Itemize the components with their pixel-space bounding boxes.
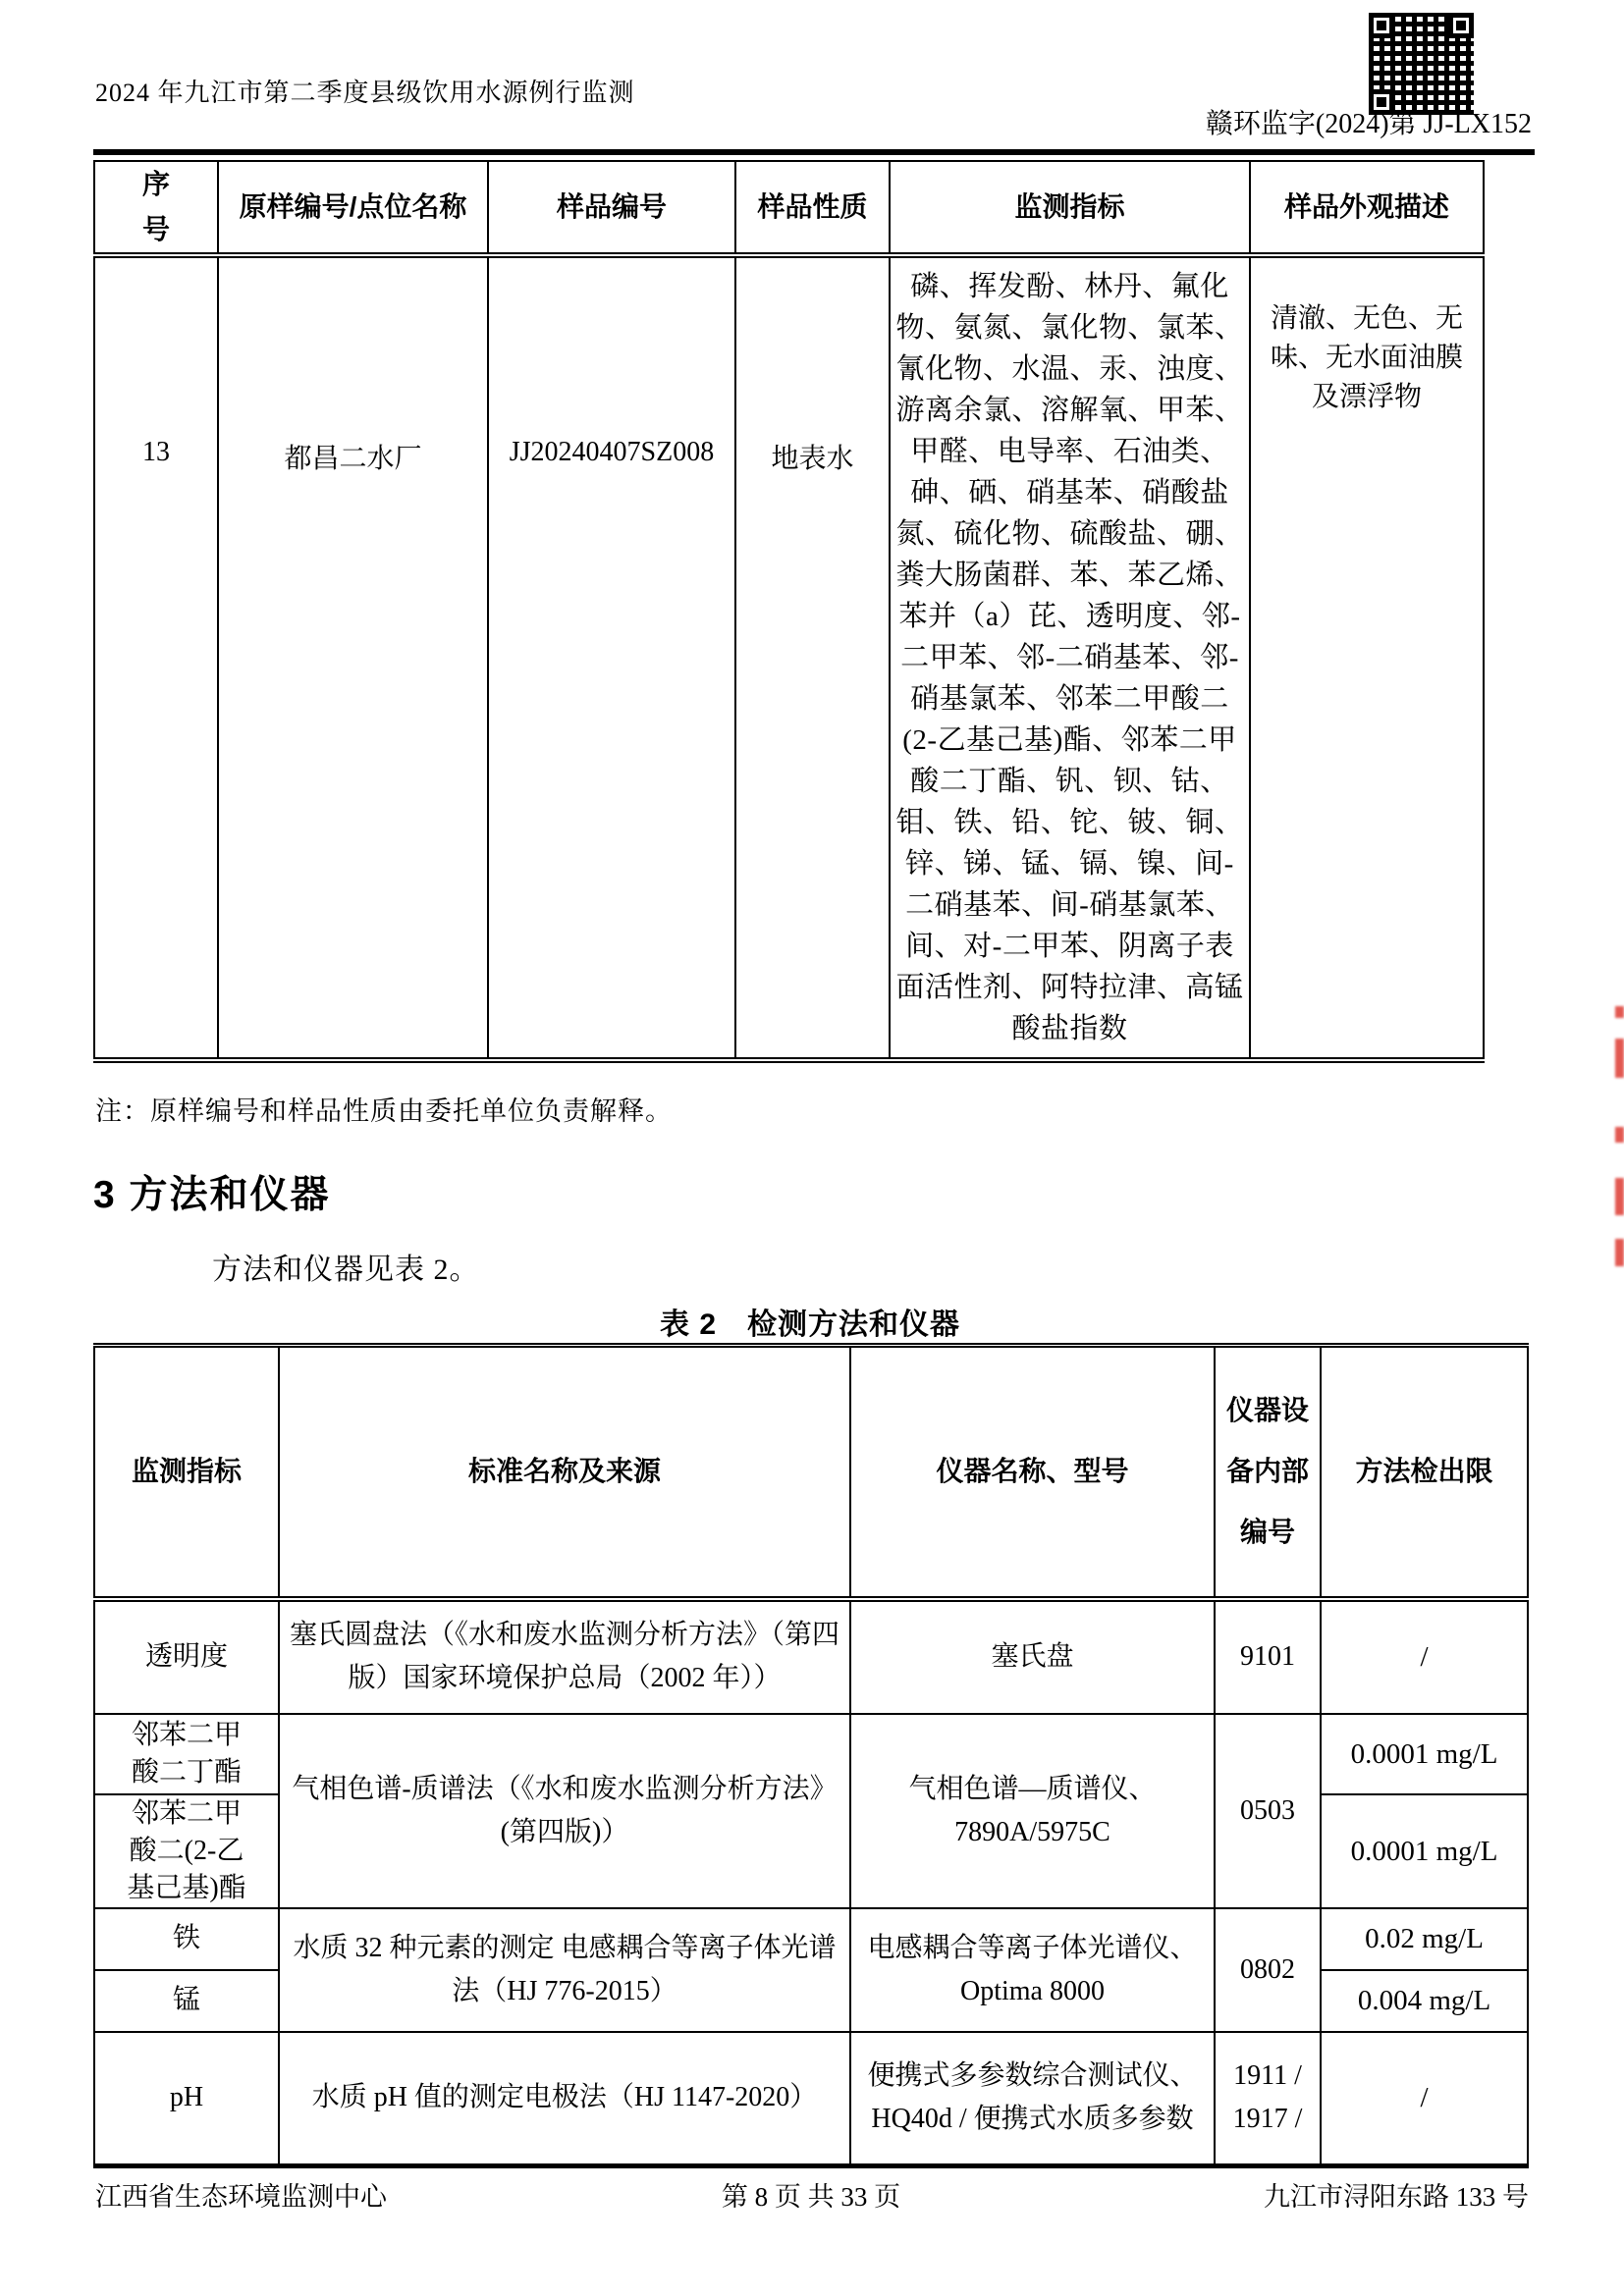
- col-header-standard: 标准名称及来源: [279, 1346, 850, 1599]
- qr-finder-icon: [1369, 89, 1394, 115]
- qr-code: [1369, 13, 1474, 115]
- col-header-appearance: 样品外观描述: [1250, 161, 1484, 255]
- methods-row-iron: 铁 水质 32 种元素的测定 电感耦合等离子体光谱法（HJ 776-2015） …: [94, 1908, 1528, 1970]
- section-intro-paragraph: 方法和仪器见表 2。: [212, 1245, 480, 1288]
- cell-indicators: 磷、挥发酚、林丹、氟化物、氨氮、氯化物、氯苯、氰化物、水温、汞、浊度、游离余氯、…: [890, 255, 1250, 1060]
- cell-detection-limit: 0.0001 mg/L: [1321, 1714, 1528, 1794]
- col-header-device-id: 仪器设备内部编号: [1215, 1346, 1321, 1599]
- methods-table: 监测指标 标准名称及来源 仪器名称、型号 仪器设备内部编号 方法检出限 透明度 …: [93, 1343, 1529, 2168]
- cell-detection-limit: /: [1321, 2032, 1528, 2166]
- cell-instrument: 气相色谱—质谱仪、7890A/5975C: [850, 1714, 1215, 1908]
- cell-seq: 13: [94, 255, 218, 1060]
- red-edge-mark: [1615, 1178, 1624, 1215]
- cell-indicator: 邻苯二甲酸二(2-乙基己基)酯: [94, 1794, 279, 1908]
- col-header-indicator: 监测指标: [94, 1346, 279, 1599]
- cell-standard: 水质 32 种元素的测定 电感耦合等离子体光谱法（HJ 776-2015）: [279, 1908, 850, 2032]
- cell-instrument: 塞氏盘: [850, 1599, 1215, 1714]
- red-edge-mark: [1615, 1039, 1624, 1078]
- cell-sample-id: JJ20240407SZ008: [488, 255, 735, 1060]
- col-header-instrument: 仪器名称、型号: [850, 1346, 1215, 1599]
- cell-indicator: 透明度: [94, 1599, 279, 1714]
- sample-table: 序号 原样编号/点位名称 样品编号 样品性质 监测指标 样品外观描述 13 都昌…: [93, 160, 1485, 1063]
- table-note: 注：原样编号和样品性质由委托单位负责解释。: [95, 1090, 673, 1128]
- col-header-detection-limit: 方法检出限: [1321, 1346, 1528, 1599]
- cell-detection-limit: 0.02 mg/L: [1321, 1908, 1528, 1970]
- cell-detection-limit: 0.0001 mg/L: [1321, 1794, 1528, 1908]
- cell-instrument: 电感耦合等离子体光谱仪、Optima 8000: [850, 1908, 1215, 2032]
- cell-standard: 水质 pH 值的测定电极法（HJ 1147-2020）: [279, 2032, 850, 2166]
- methods-row-transparency: 透明度 塞氏圆盘法（《水和废水监测分析方法》（第四版）国家环境保护总局（2002…: [94, 1599, 1528, 1714]
- methods-row-ph: pH 水质 pH 值的测定电极法（HJ 1147-2020） 便携式多参数综合测…: [94, 2032, 1528, 2166]
- cell-standard: 塞氏圆盘法（《水和废水监测分析方法》（第四版）国家环境保护总局（2002 年））: [279, 1599, 850, 1714]
- cell-device-id: 0503: [1215, 1714, 1321, 1908]
- cell-device-id: 0802: [1215, 1908, 1321, 2032]
- header-divider-rule: [93, 149, 1535, 155]
- cell-indicator: 铁: [94, 1908, 279, 1970]
- methods-table-caption: 表 2 检测方法和仪器: [93, 1300, 1527, 1343]
- cell-instrument: 便携式多参数综合测试仪、HQ40d / 便携式水质多参数: [850, 2032, 1215, 2166]
- cell-indicator: 邻苯二甲酸二丁酯: [94, 1714, 279, 1794]
- red-edge-mark: [1615, 1006, 1624, 1018]
- cell-detection-limit: 0.004 mg/L: [1321, 1970, 1528, 2032]
- qr-finder-icon: [1369, 13, 1394, 38]
- sample-table-row: 13 都昌二水厂 JJ20240407SZ008 地表水 磷、挥发酚、林丹、氟化…: [94, 255, 1484, 1060]
- methods-table-header-row: 监测指标 标准名称及来源 仪器名称、型号 仪器设备内部编号 方法检出限: [94, 1346, 1528, 1599]
- col-header-sample-type: 样品性质: [735, 161, 890, 255]
- cell-sample-type: 地表水: [735, 255, 890, 1060]
- cell-site: 都昌二水厂: [218, 255, 488, 1060]
- qr-finder-icon: [1448, 13, 1474, 38]
- red-edge-mark: [1615, 1127, 1624, 1143]
- col-header-indicators: 监测指标: [890, 161, 1250, 255]
- cell-device-id: 9101: [1215, 1599, 1321, 1714]
- cell-standard: 气相色谱-质谱法（《水和废水监测分析方法》(第四版)）: [279, 1714, 850, 1908]
- document-page: 2024 年九江市第二季度县级饮用水源例行监测 赣环监字(2024)第 JJ-L…: [0, 0, 1624, 2296]
- sample-table-header-row: 序号 原样编号/点位名称 样品编号 样品性质 监测指标 样品外观描述: [94, 161, 1484, 255]
- cell-device-id: 1911 / 1917 /: [1215, 2032, 1321, 2166]
- cell-indicator: 锰: [94, 1970, 279, 2032]
- section-heading: 3 方法和仪器: [93, 1164, 331, 1219]
- cell-detection-limit: /: [1321, 1599, 1528, 1714]
- cell-appearance: 清澈、无色、无味、无水面油膜及漂浮物: [1250, 255, 1484, 1060]
- page-header-title: 2024 年九江市第二季度县级饮用水源例行监测: [95, 73, 635, 109]
- cell-indicator: pH: [94, 2032, 279, 2166]
- col-header-seq: 序号: [94, 161, 218, 255]
- methods-row-dbp: 邻苯二甲酸二丁酯 气相色谱-质谱法（《水和废水监测分析方法》(第四版)） 气相色…: [94, 1714, 1528, 1794]
- col-header-sample-id: 样品编号: [488, 161, 735, 255]
- footer-divider-rule: [93, 2163, 1529, 2168]
- red-edge-mark: [1615, 1239, 1624, 1266]
- col-header-site: 原样编号/点位名称: [218, 161, 488, 255]
- footer-address: 九江市浔阳东路 133 号: [1264, 2175, 1529, 2214]
